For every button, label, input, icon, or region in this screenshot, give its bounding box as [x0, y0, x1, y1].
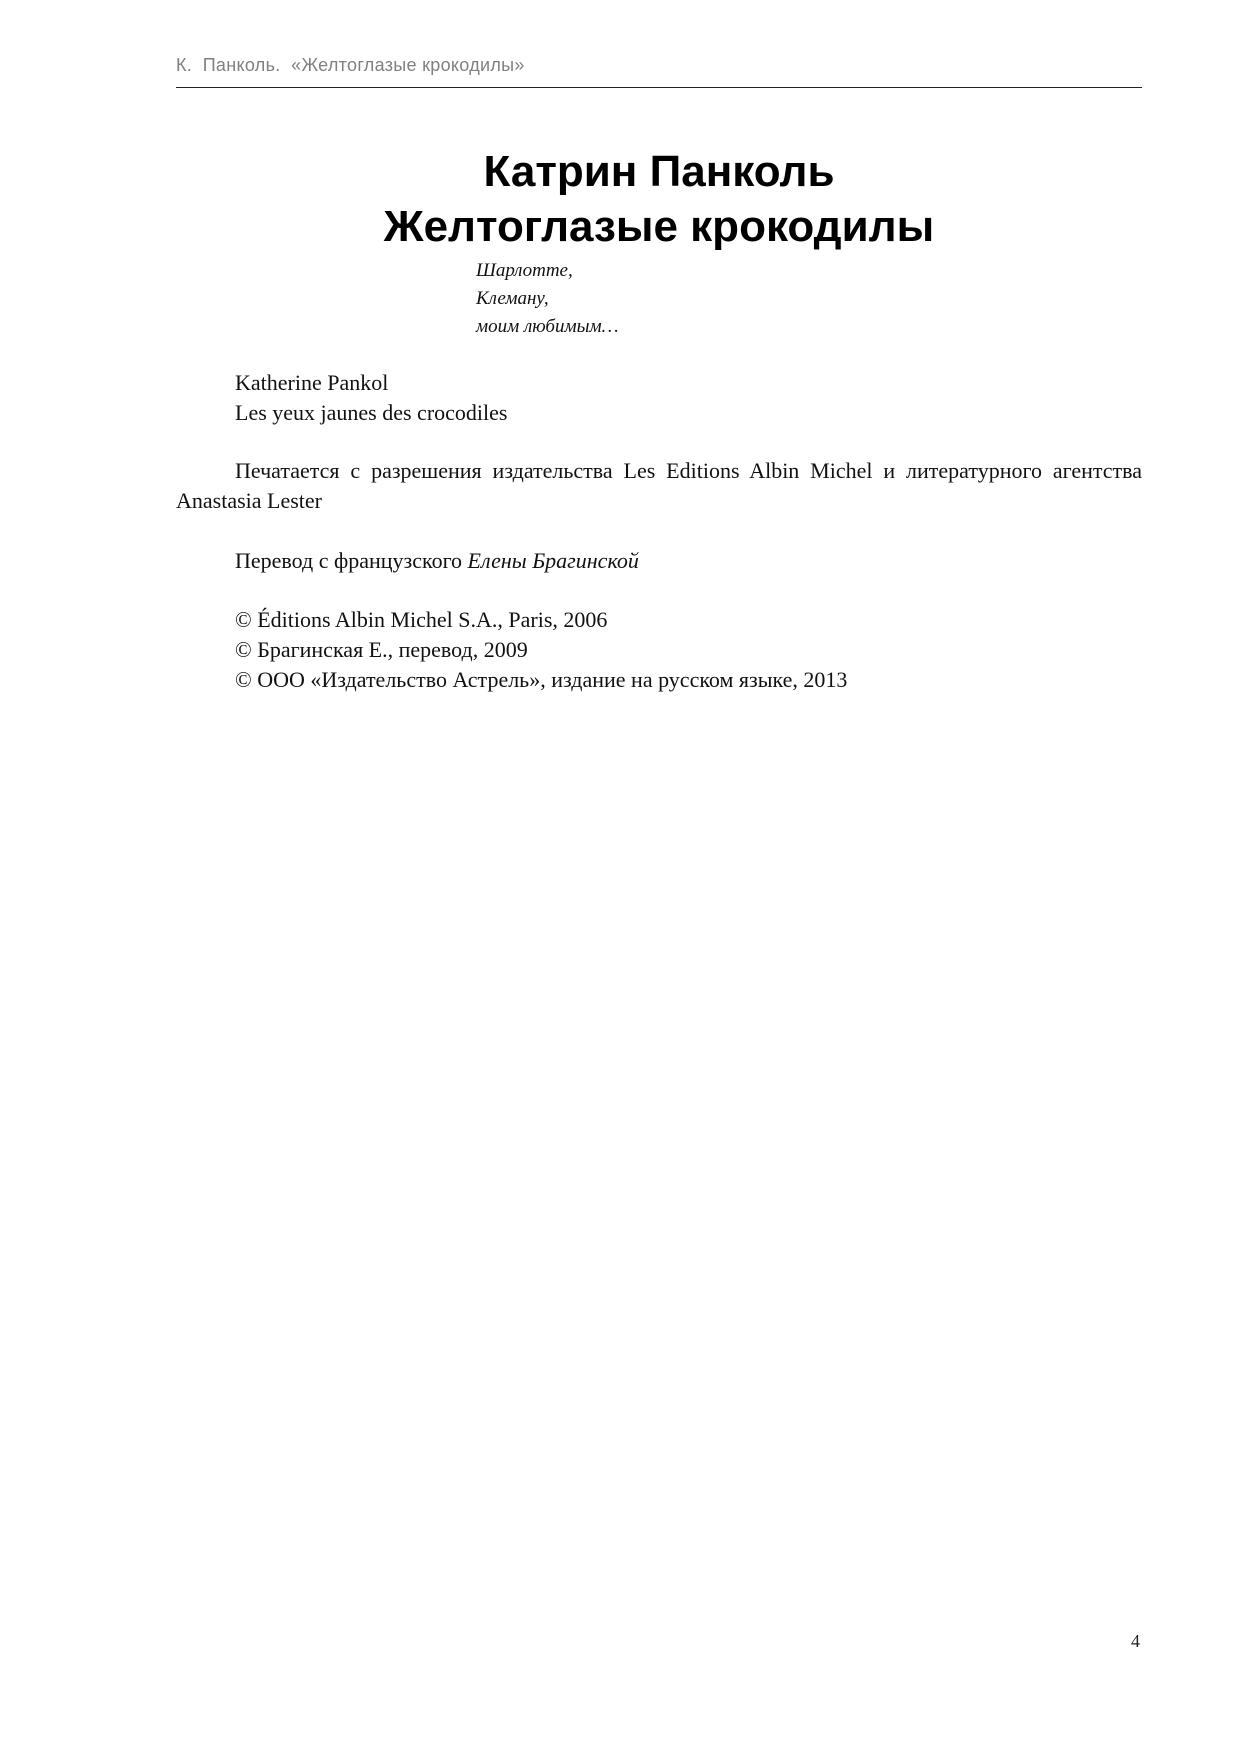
- copyright-line: © ООО «Издательство Астрель», издание на…: [176, 665, 1142, 695]
- running-head: К. Панколь. «Желтоглазые крокодилы»: [176, 55, 525, 76]
- translator-name: Елены Брагинской: [468, 548, 639, 573]
- dedication-line: Клеману,: [476, 285, 619, 313]
- translation-prefix: Перевод с французского: [235, 548, 468, 573]
- author-title: Катрин Панколь: [176, 145, 1142, 199]
- original-title: Les yeux jaunes des crocodiles: [176, 398, 1142, 428]
- document-page: К. Панколь. «Желтоглазые крокодилы» Катр…: [0, 0, 1241, 1754]
- permission-notice: Печатается с разрешения издательства Les…: [176, 456, 1142, 516]
- original-edition: Katherine Pankol Les yeux jaunes des cro…: [176, 368, 1142, 428]
- copyright-line: © Брагинская Е., перевод, 2009: [176, 635, 1142, 665]
- original-author: Katherine Pankol: [176, 368, 1142, 398]
- copyright-block: © Éditions Albin Michel S.A., Paris, 200…: [176, 605, 1142, 695]
- book-title: Желтоглазые крокодилы: [176, 200, 1142, 254]
- dedication-line: моим любимым…: [476, 313, 619, 341]
- page-number: 4: [1131, 1631, 1140, 1652]
- dedication-line: Шарлотте,: [476, 257, 619, 285]
- header-rule: [176, 87, 1142, 88]
- dedication: Шарлотте, Клеману, моим любимым…: [476, 257, 619, 341]
- copyright-line: © Éditions Albin Michel S.A., Paris, 200…: [176, 605, 1142, 635]
- translation-credit: Перевод с французского Елены Брагинской: [176, 546, 1142, 576]
- permission-text: Печатается с разрешения издательства Les…: [176, 456, 1142, 516]
